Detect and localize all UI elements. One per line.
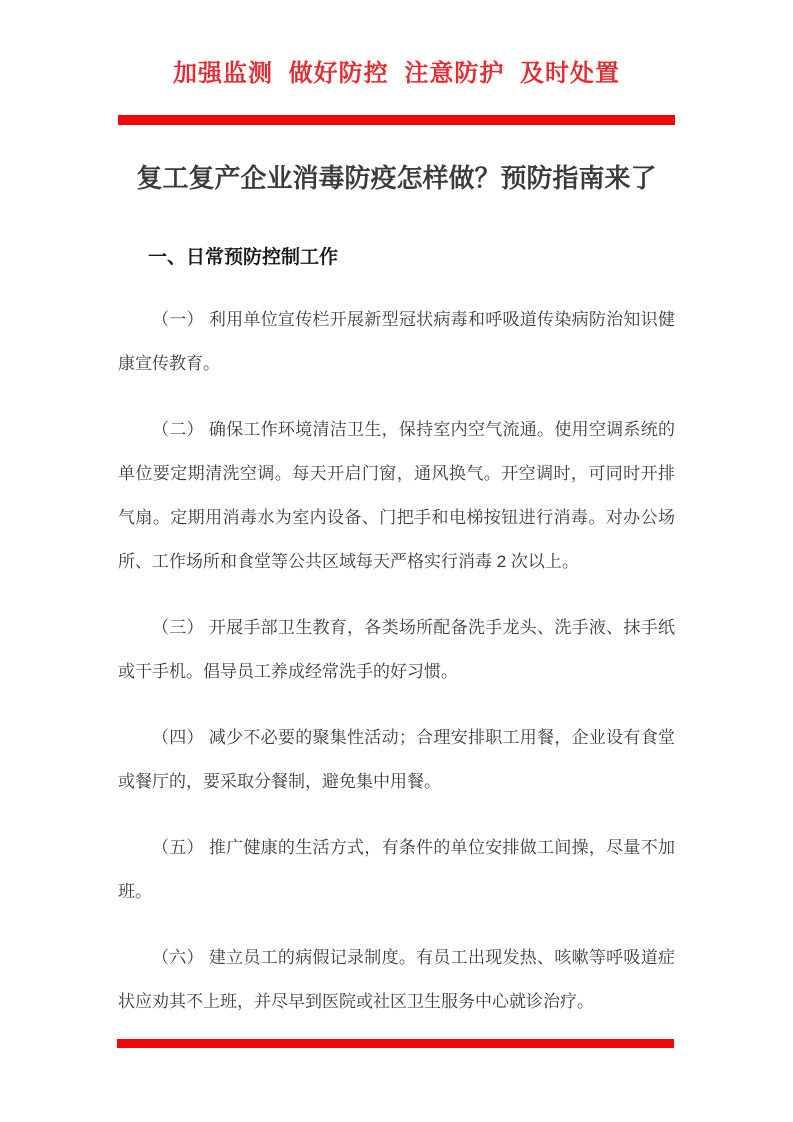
content-column: 加强监测 做好防控 注意防护 及时处置 复工复产企业消毒防疫怎样做？预防指南来了… xyxy=(118,54,675,1024)
article-body: （一） 利用单位宣传栏开展新型冠状病毒和呼吸道传染病防治知识健康宣传教育。 （二… xyxy=(118,298,675,1024)
paragraph-2: （二） 确保工作环境清洁卫生，保持室内空气流通。使用空调系统的单位要定期清洗空调… xyxy=(118,408,675,584)
paragraph-3: （三） 开展手部卫生教育，各类场所配备洗手龙头、洗手液、抹手纸或干手机。倡导员工… xyxy=(118,606,675,694)
section-heading: 一、日常预防控制工作 xyxy=(118,246,675,270)
paragraph-6: （六） 建立员工的病假记录制度。有员工出现发热、咳嗽等呼吸道症状应劝其不上班，并… xyxy=(118,936,675,1024)
paragraph-5: （五） 推广健康的生活方式，有条件的单位安排做工间操，尽量不加班。 xyxy=(118,826,675,914)
top-divider-bar xyxy=(118,115,675,125)
paragraph-4: （四） 减少不必要的聚集性活动；合理安排职工用餐，企业设有食堂或餐厅的，要采取分… xyxy=(118,716,675,804)
document-page: 加强监测 做好防控 注意防护 及时处置 复工复产企业消毒防疫怎样做？预防指南来了… xyxy=(0,0,793,1122)
bottom-divider-bar xyxy=(117,1039,674,1048)
slogan-text: 加强监测 做好防控 注意防护 及时处置 xyxy=(118,54,675,94)
article-title: 复工复产企业消毒防疫怎样做？预防指南来了 xyxy=(118,157,675,199)
paragraph-1: （一） 利用单位宣传栏开展新型冠状病毒和呼吸道传染病防治知识健康宣传教育。 xyxy=(118,298,675,386)
